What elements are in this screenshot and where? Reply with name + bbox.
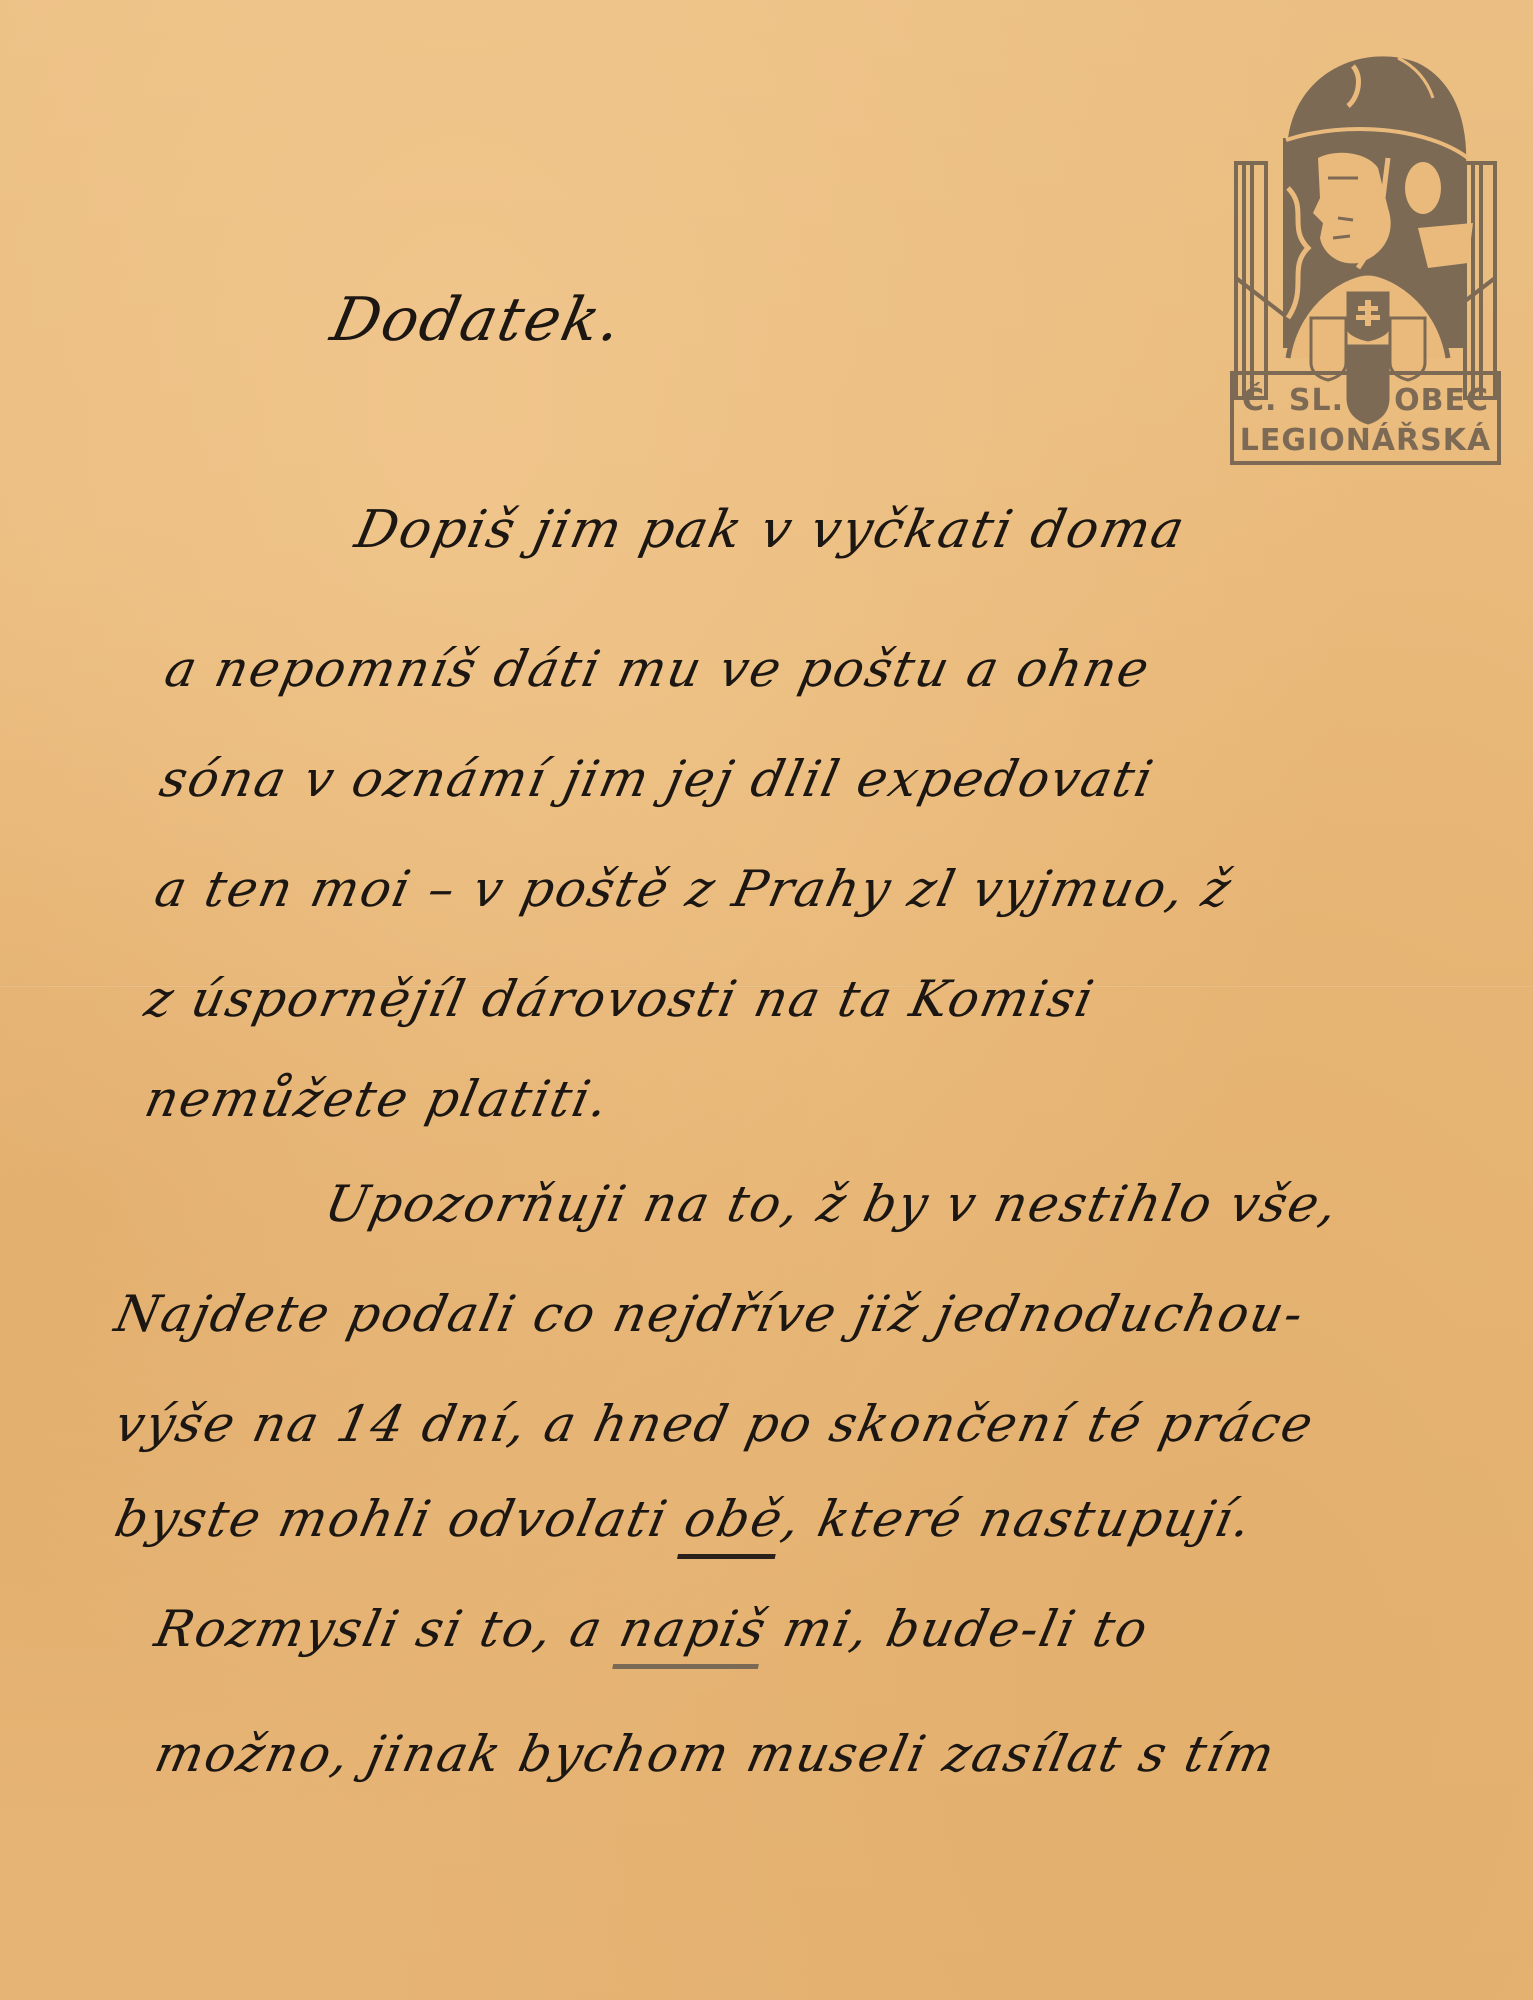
letter-line-4: a ten moi – v poště z Prahy zl vyjmuo, ž <box>150 860 1238 918</box>
letter-title: Dodatek. <box>325 285 629 355</box>
letter-line-5: z úspornějíl dárovosti na ta Komisi <box>140 970 1100 1028</box>
underlined-word: napiš <box>615 1600 773 1658</box>
letter-line-11: Rozmysli si to, a napiš mi, bude-li to <box>150 1600 1154 1658</box>
letterhead-line1-right: OBEC <box>1394 383 1489 418</box>
letter-line-7: Upozorňuji na to, ž by v nestihlo vše, <box>320 1175 1344 1233</box>
letterhead-line1-left: Č. SL. <box>1242 383 1344 418</box>
letterhead-line2: LEGIONÁŘSKÁ <box>1236 423 1495 458</box>
letter-line-8: Najdete podali co nejdříve již jednoduch… <box>110 1285 1310 1343</box>
letter-line-10: byste mohli odvolati obě, které nastupuj… <box>110 1490 1258 1548</box>
letter-line-2: a nepomníš dáti mu ve poštu a ohne <box>160 640 1156 698</box>
letterhead-logo: Č. SL. OBEC LEGIONÁŘSKÁ <box>1228 28 1503 468</box>
letter-line-1: Dopiš jim pak v vyčkati doma <box>350 500 1191 560</box>
letter-line-9: výše na 14 dní, a hned po skončení té pr… <box>110 1395 1320 1453</box>
letterhead-line1: Č. SL. OBEC <box>1236 383 1495 418</box>
underlined-word: obě <box>679 1490 789 1548</box>
letter-line-12: možno, jinak bychom museli zasílat s tím <box>150 1725 1281 1783</box>
letter-line-3: sóna v oznámí jim jej dlil expedovati <box>155 750 1160 808</box>
letter-line-6: nemůžete platiti. <box>140 1070 615 1128</box>
